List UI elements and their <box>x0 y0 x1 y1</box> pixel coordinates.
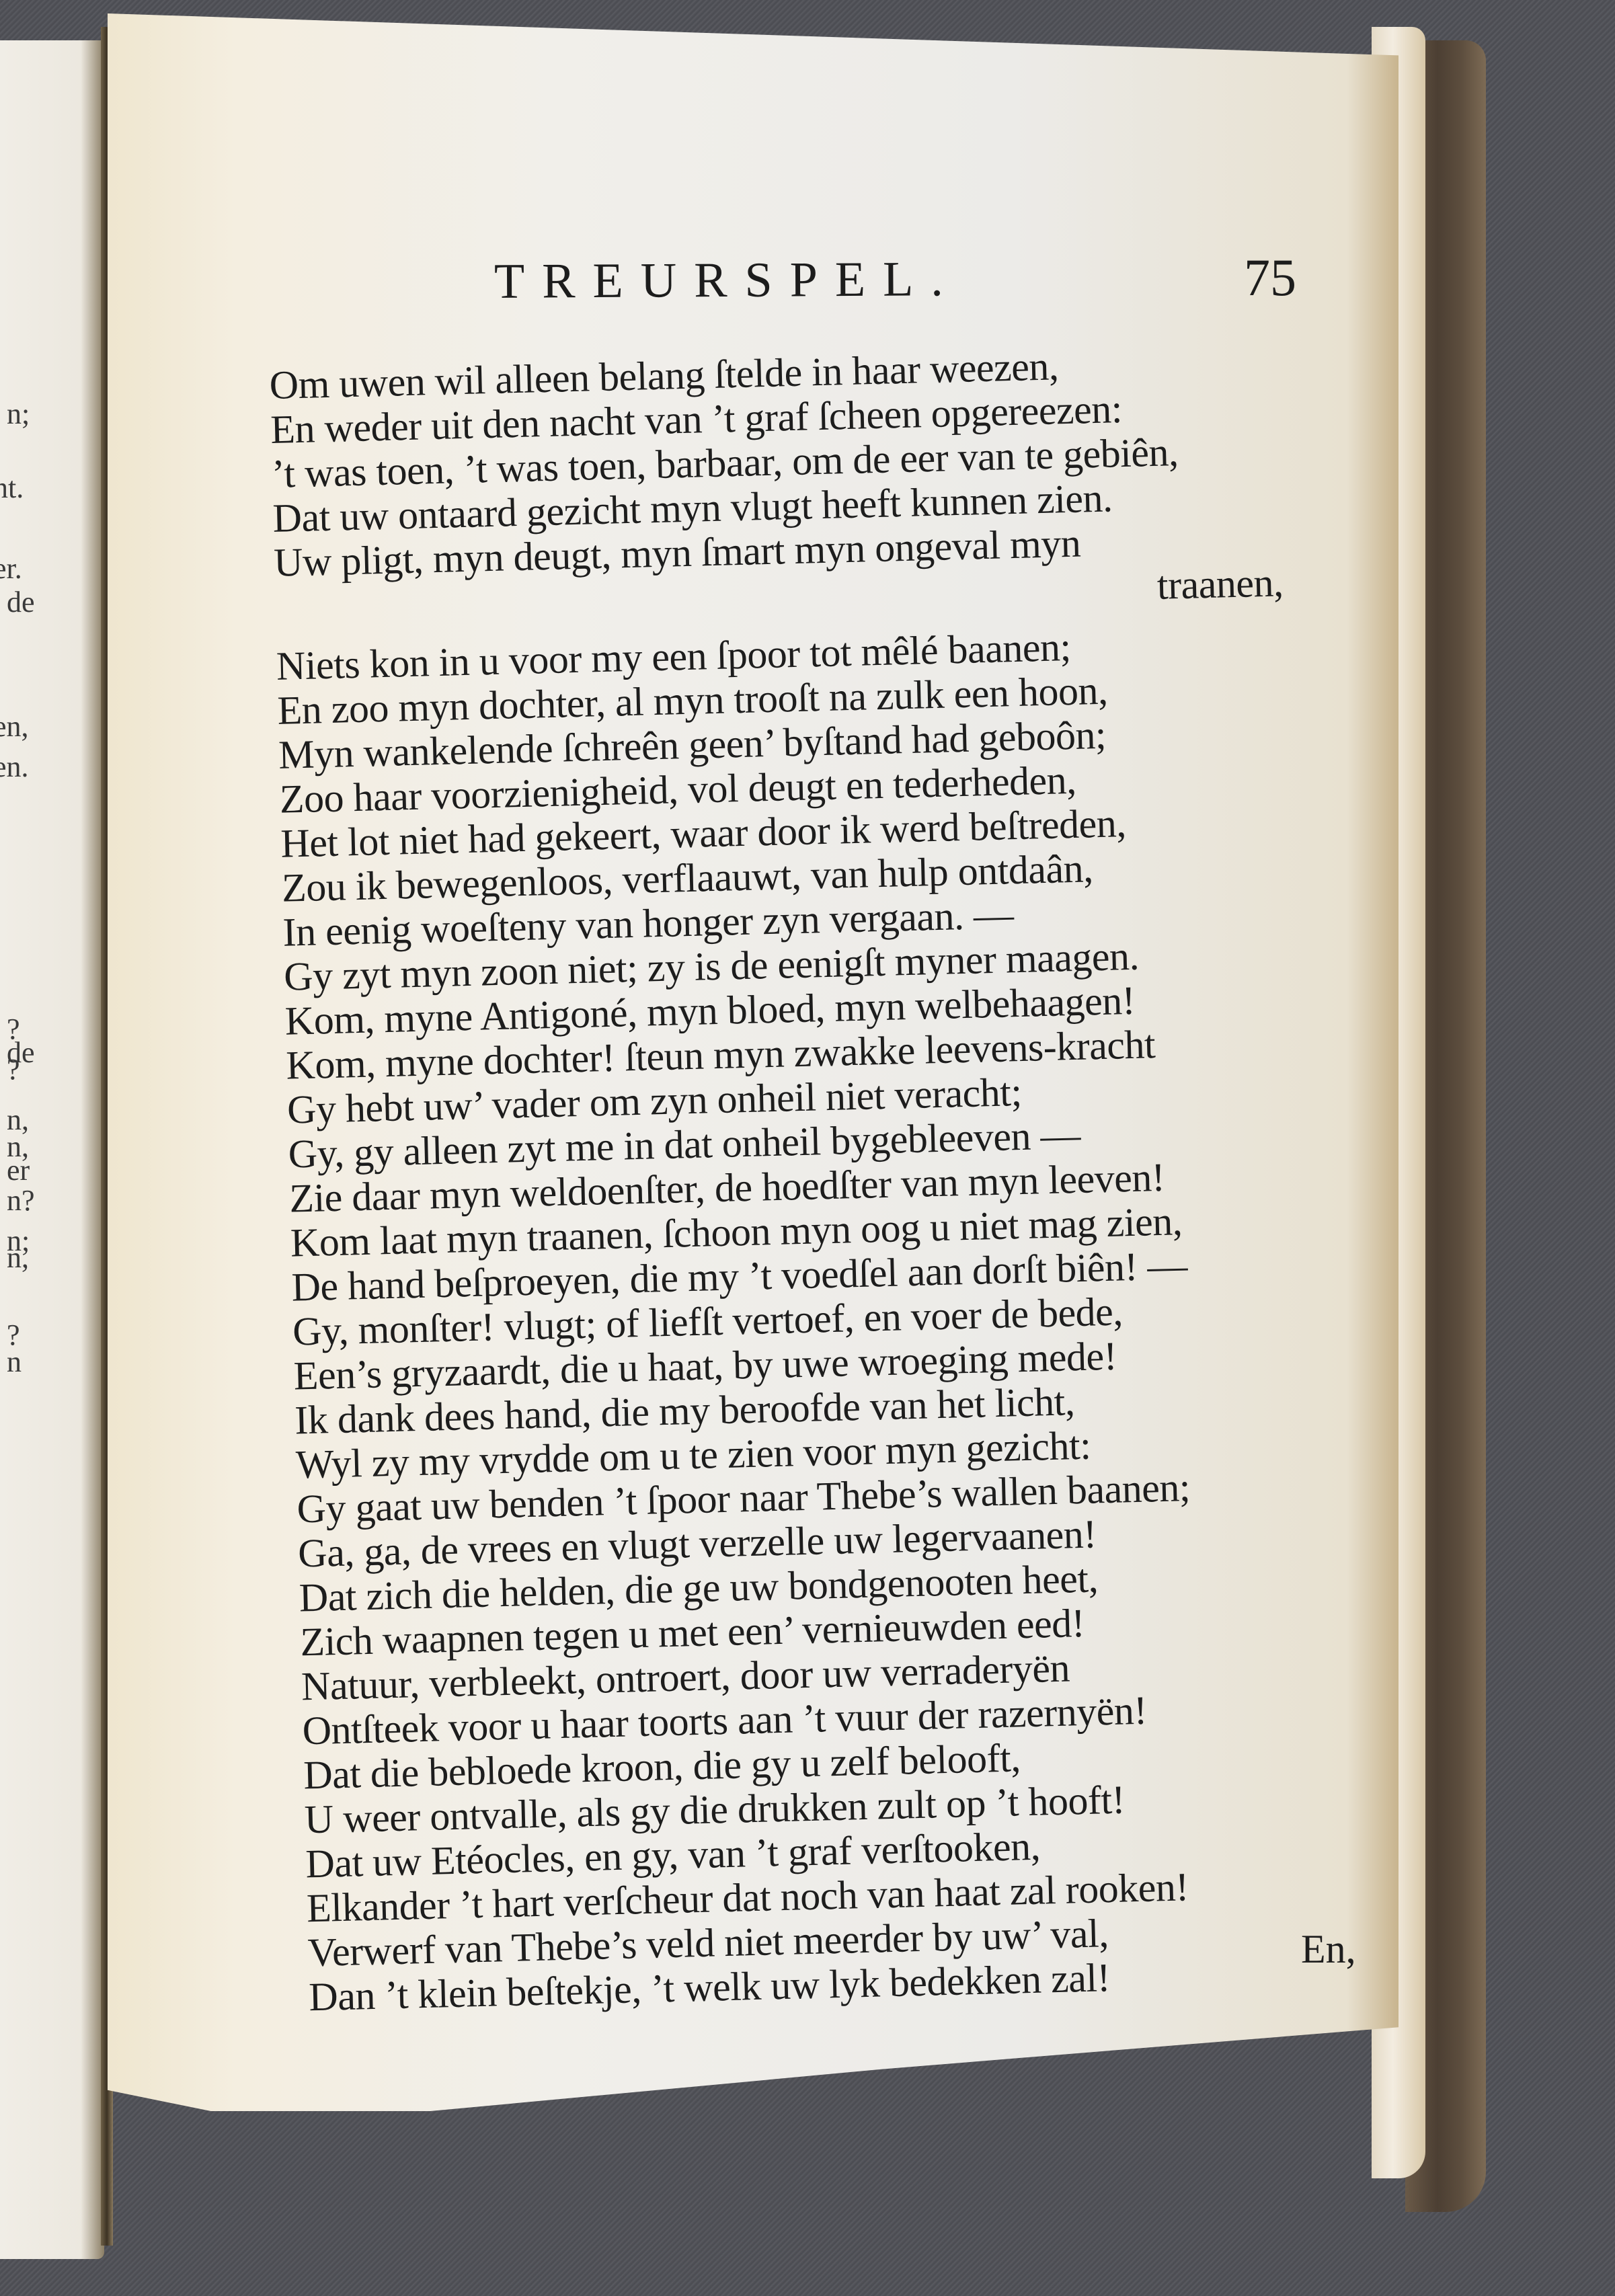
left-page-text-fragments: n;nt.er.deen,en.?de?n,n,ern?n;n,?n <box>0 40 87 2259</box>
catchword: En, <box>1301 1926 1356 1973</box>
left-page: n;nt.er.deen,en.?de?n,n,ern?n;n,?n <box>0 40 104 2259</box>
page-number: 75 <box>1244 247 1296 308</box>
left-page-fragment: n <box>7 1345 22 1379</box>
left-page-fragment: n? <box>7 1183 35 1218</box>
left-page-fragment: en. <box>0 750 29 784</box>
left-page-fragment: ? <box>7 1052 20 1086</box>
right-page: TREURSPEL. 75 Om uwen wil alleen belang … <box>108 13 1399 2111</box>
running-head: TREURSPEL. <box>494 251 961 311</box>
left-page-fragment: en, <box>0 709 29 744</box>
left-page-fragment: nt. <box>0 471 24 505</box>
left-page-fragment: er. <box>0 551 22 586</box>
verse-block: Om uwen wil alleen belang ſtelde in haar… <box>269 335 1425 2019</box>
left-page-fragment: n, <box>7 1240 29 1275</box>
left-page-fragment: n; <box>7 397 30 431</box>
left-page-fragment: de <box>7 585 35 619</box>
left-page-fragment: er <box>7 1153 30 1187</box>
